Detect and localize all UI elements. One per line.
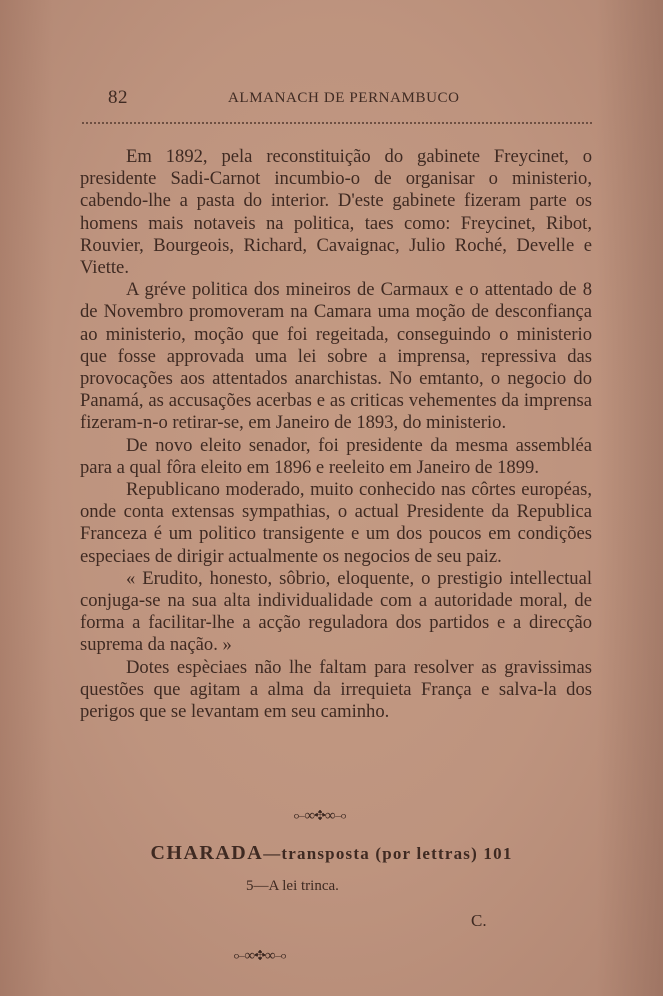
paragraph: Republicano moderado, muito conhecido na… — [80, 479, 592, 568]
almanac-page: 82 ALMANACH DE PERNAMBUCO Em 1892, pela … — [0, 0, 663, 996]
running-head: 82 ALMANACH DE PERNAMBUCO — [108, 87, 568, 111]
charada-clue: 5—A lei trinca. — [246, 878, 339, 895]
paragraph: De novo eleito senador, foi presidente d… — [80, 435, 592, 479]
header-title: ALMANACH DE PERNAMBUCO — [228, 90, 460, 107]
paragraph: Dotes espèciaes não lhe faltam para reso… — [80, 657, 592, 724]
ornament-divider-icon: ⟜∞✥∞⊸ — [0, 807, 651, 825]
paragraph: « Erudito, honesto, sôbrio, eloquente, o… — [80, 568, 592, 657]
ornament-divider-icon: ⟜∞✥∞⊸ — [0, 947, 591, 965]
page-number: 82 — [108, 87, 128, 109]
charada-title-rest: —transposta (por lettras) 101 — [263, 844, 512, 863]
paragraph: Em 1892, pela reconstituição do gabinete… — [80, 146, 592, 279]
article-body: Em 1892, pela reconstituição do gabinete… — [80, 146, 592, 723]
header-rule-divider — [82, 122, 592, 124]
paragraph: A gréve politica dos mineiros de Carmaux… — [80, 279, 592, 434]
charada-heading: CHARADA—transposta (por lettras) 101 — [0, 842, 663, 865]
charada-title-lead: CHARADA — [150, 842, 263, 864]
charada-author: C. — [471, 911, 487, 931]
